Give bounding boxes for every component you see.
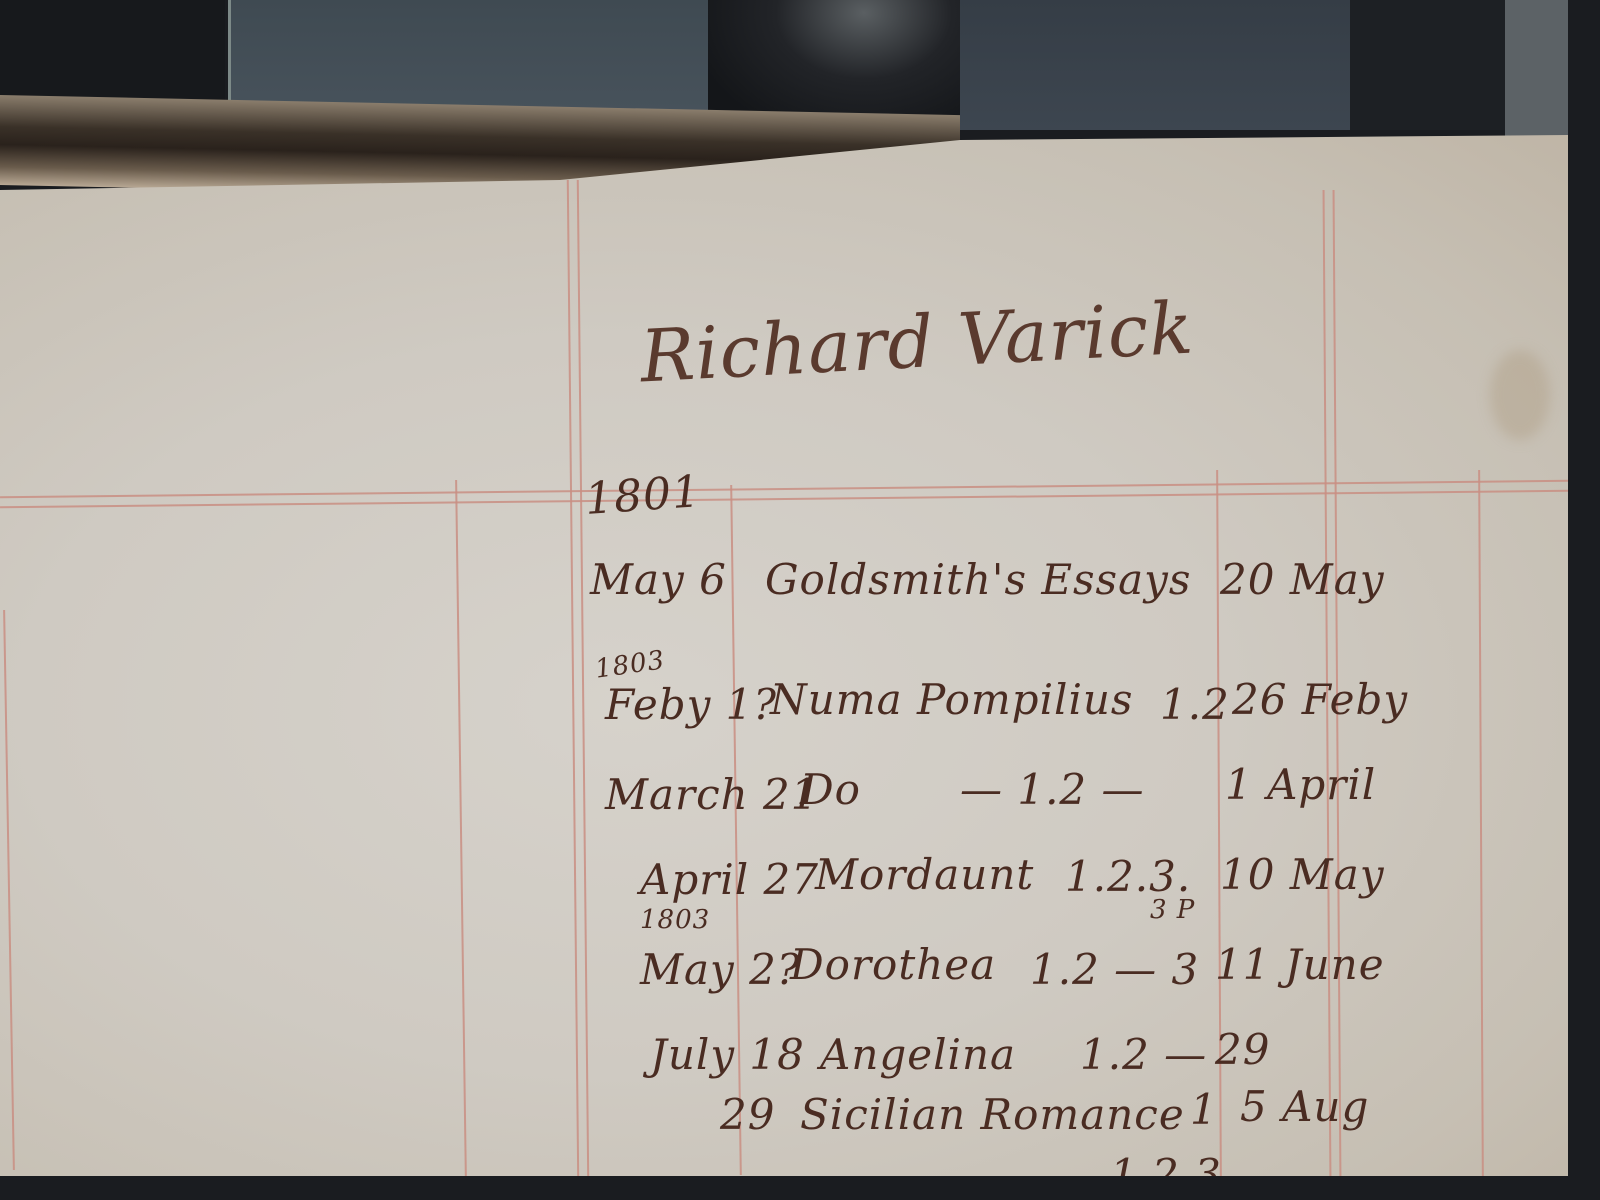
entry-returned: 11 June — [1215, 940, 1385, 989]
background-dark-region-right — [1350, 0, 1510, 130]
entry-returned: 1 April — [1225, 760, 1376, 809]
entry-volumes: — 1.2 — — [960, 765, 1145, 814]
entry-volumes: 1.2 — — [1080, 1030, 1207, 1079]
background-dark-region — [0, 0, 225, 100]
entry-title: Numa Pompilius — [770, 675, 1133, 724]
background-grey-panel — [228, 0, 711, 110]
entry-date: May 6 — [590, 555, 727, 604]
entry-title: Goldsmith's Essays — [765, 555, 1191, 604]
ruling-line — [577, 180, 589, 1176]
background-grey-panel-right — [960, 0, 1360, 130]
entry-date: Feby 1? — [605, 680, 777, 729]
ruling-line — [0, 490, 1568, 508]
entry-note: 3 P — [1150, 895, 1195, 925]
entry-returned: 5 Aug — [1240, 1082, 1369, 1131]
ruling-line — [3, 610, 15, 1170]
entry-title: Sicilian Romance — [800, 1090, 1185, 1139]
ruling-line — [455, 480, 467, 1176]
entry-returned: 20 May — [1220, 555, 1385, 604]
background-edge — [1505, 0, 1568, 140]
ruling-line — [0, 480, 1568, 498]
entry-year: 1803 — [640, 905, 710, 935]
entry-title: Do — [800, 765, 861, 814]
entry-volumes: 1 — [1190, 1085, 1218, 1134]
entry-volumes: 1.2.3. — [1065, 852, 1191, 901]
ledger-page — [0, 130, 1568, 1176]
paper-stain — [1490, 350, 1550, 440]
entry-returned: 10 May — [1220, 850, 1385, 899]
entry-volumes: 1.2.3 — — [1110, 1150, 1279, 1176]
entry-volumes: 1.2 — 3 — [1030, 945, 1199, 994]
entry-date: March 21 — [605, 770, 819, 819]
entry-date: April 27 — [640, 855, 819, 904]
entry-date: May 2? — [640, 945, 800, 994]
entry-date: 29 — [720, 1090, 775, 1139]
entry-title: Dorothea — [790, 940, 996, 989]
entry-title: Angelina — [820, 1030, 1016, 1079]
entry-title: Mordaunt — [815, 850, 1034, 899]
entry-returned: 29 — [1215, 1025, 1270, 1074]
entry-year: 1801 — [583, 466, 702, 525]
entry-date: July 18 — [650, 1030, 805, 1079]
entry-returned: 26 Feby — [1232, 675, 1408, 724]
entry-volumes: 1.2 — [1160, 680, 1230, 729]
ruling-line — [1478, 470, 1484, 1176]
